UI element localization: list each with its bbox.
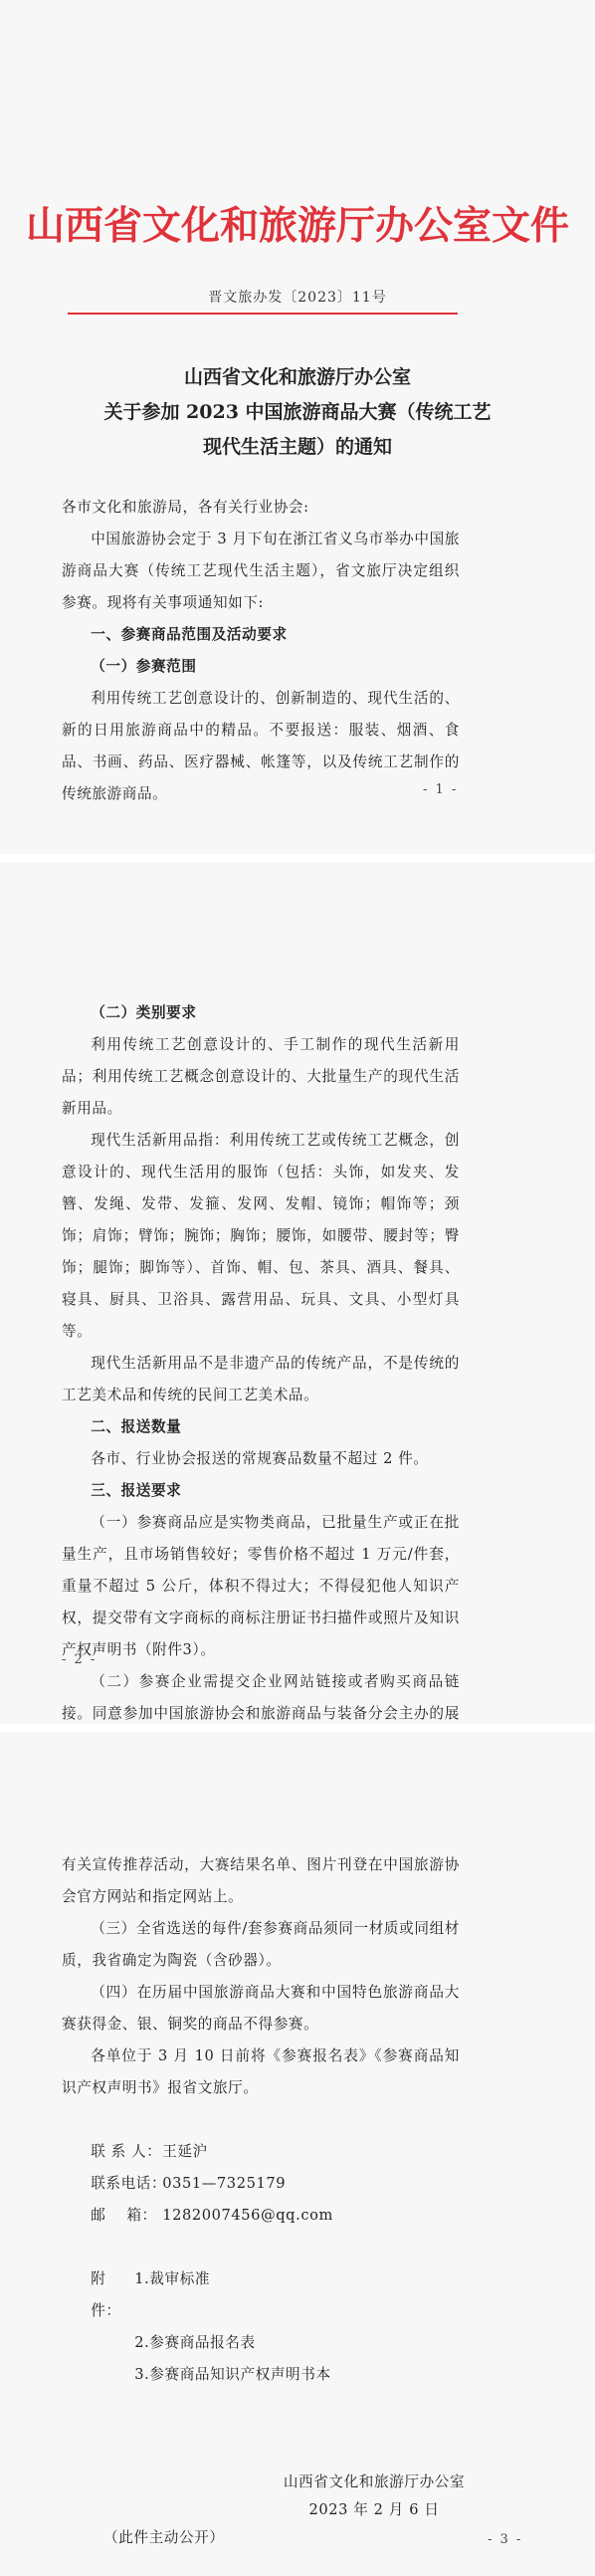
section-1-sub-2-text-1: 利用传统工艺创意设计的、手工制作的现代生活新用品；利用传统工艺概念创意设计的、大… bbox=[62, 1029, 460, 1125]
section-3-item-1: （一）参赛商品应是实物类商品，已批量生产或正在批量生产，且市场销售较好；零售价格… bbox=[62, 1507, 460, 1666]
intro-paragraph: 中国旅游协会定于 3 月下旬在浙江省义乌市举办中国旅游商品大赛（传统工艺现代生活… bbox=[62, 524, 460, 619]
red-header-title: 山西省文化和旅游厅办公室文件 bbox=[0, 195, 595, 251]
signature-date: 2023 年 2 月 6 日 bbox=[275, 2498, 474, 2519]
page-number-1: - 1 - bbox=[423, 782, 458, 797]
contact-person-label: 联 系 人： bbox=[91, 2136, 162, 2168]
section-1-sub-1-heading: （一）参赛范围 bbox=[62, 651, 460, 683]
document-number: 晋文旅办发〔2023〕11号 bbox=[0, 287, 595, 307]
page-gap bbox=[0, 854, 595, 862]
section-1-sub-2-heading: （二）类别要求 bbox=[62, 997, 460, 1029]
section-1-sub-1-text: 利用传统工艺创意设计的、创新制造的、现代生活的、新的日用旅游商品中的精品。不要报… bbox=[62, 683, 460, 810]
contact-phone-value: 0351—7325179 bbox=[162, 2168, 286, 2200]
page-3: 有关宣传推荐活动，大赛结果名单、图片刊登在中国旅游协会官方网站和指定网站上。 （… bbox=[0, 1732, 595, 2576]
signature-org: 山西省文化和旅游厅办公室 bbox=[275, 2470, 474, 2491]
section-3-heading: 三、报送要求 bbox=[62, 1475, 460, 1507]
contact-phone-label: 联系电话： bbox=[91, 2168, 162, 2200]
page-gap bbox=[0, 1724, 595, 1732]
page-number-2: - 2 - bbox=[62, 1652, 97, 1667]
section-3-item-3: （三）全省选送的每件/套参赛商品须同一材质或同组材质，我省确定为陶瓷（含砂器）。 bbox=[62, 1913, 460, 1977]
attachments-label: 附件： bbox=[91, 2263, 134, 2327]
notice-title-line-3: 现代生活主题）的通知 bbox=[0, 430, 595, 465]
deadline-paragraph: 各单位于 3 月 10 日前将《参赛报名表》《参赛商品知识产权声明书》报省文旅厅… bbox=[62, 2040, 460, 2104]
spacer bbox=[62, 2232, 460, 2263]
contact-email-row: 邮 箱： 1282007456@qq.com bbox=[62, 2200, 460, 2232]
attachment-item-2: 2.参赛商品报名表 bbox=[134, 2327, 255, 2359]
attachment-row-2: 2.参赛商品报名表 bbox=[62, 2327, 460, 2359]
contact-email-label: 邮 箱： bbox=[91, 2200, 162, 2232]
section-1-sub-2-text-2: 现代生活新用品指：利用传统工艺或传统工艺概念，创意设计的、现代生活用的服饰（包括… bbox=[62, 1125, 460, 1348]
page-2-body: （二）类别要求 利用传统工艺创意设计的、手工制作的现代生活新用品；利用传统工艺概… bbox=[62, 997, 460, 1724]
section-1-heading: 一、参赛商品范围及活动要求 bbox=[62, 619, 460, 651]
section-2-text: 各市、行业协会报送的常规赛品数量不超过 2 件。 bbox=[62, 1443, 460, 1475]
notice-title-line-2: 关于参加 2023 中国旅游商品大赛（传统工艺 bbox=[0, 395, 595, 430]
page-1-body: 各市文化和旅游局，各有关行业协会: 中国旅游协会定于 3 月下旬在浙江省义乌市举… bbox=[62, 492, 460, 810]
attachment-row-3: 3.参赛商品知识产权声明书本 bbox=[62, 2359, 460, 2391]
notice-title: 山西省文化和旅游厅办公室 关于参加 2023 中国旅游商品大赛（传统工艺 现代生… bbox=[0, 360, 595, 465]
section-3-item-2-part-2: 有关宣传推荐活动，大赛结果名单、图片刊登在中国旅游协会官方网站和指定网站上。 bbox=[62, 1849, 460, 1913]
attachment-row-1: 附件： 1.裁审标准 bbox=[62, 2263, 460, 2327]
section-3-item-4: （四）在历届中国旅游商品大赛和中国特色旅游商品大赛获得金、银、铜奖的商品不得参赛… bbox=[62, 1977, 460, 2040]
red-divider-line bbox=[68, 313, 458, 315]
contact-phone-row: 联系电话： 0351—7325179 bbox=[62, 2168, 460, 2200]
contact-person-value: 王延沪 bbox=[162, 2136, 208, 2168]
page-number-3: - 3 - bbox=[488, 2532, 522, 2547]
page-2: （二）类别要求 利用传统工艺创意设计的、手工制作的现代生活新用品；利用传统工艺概… bbox=[0, 862, 595, 1724]
page-1: 山西省文化和旅游厅办公室文件 晋文旅办发〔2023〕11号 山西省文化和旅游厅办… bbox=[0, 0, 595, 854]
spacer bbox=[62, 2104, 460, 2136]
contact-email-value[interactable]: 1282007456@qq.com bbox=[162, 2200, 333, 2232]
attachment-item-1: 1.裁审标准 bbox=[134, 2263, 210, 2327]
contact-person-row: 联 系 人： 王延沪 bbox=[62, 2136, 460, 2168]
notice-title-line-1: 山西省文化和旅游厅办公室 bbox=[0, 360, 595, 395]
attachment-item-3: 3.参赛商品知识产权声明书本 bbox=[134, 2359, 330, 2391]
section-2-heading: 二、报送数量 bbox=[62, 1411, 460, 1443]
section-3-item-2-part-1: （二）参赛企业需提交企业网站链接或者购买商品链接。同意参加中国旅游协会和旅游商品… bbox=[62, 1666, 460, 1724]
salutation: 各市文化和旅游局，各有关行业协会: bbox=[62, 492, 460, 524]
disclosure-note: （此件主动公开） bbox=[103, 2526, 225, 2547]
section-1-sub-2-text-3: 现代生活新用品不是非遗产品的传统产品，不是传统的工艺美术品和传统的民间工艺美术品… bbox=[62, 1348, 460, 1411]
page-3-body: 有关宣传推荐活动，大赛结果名单、图片刊登在中国旅游协会官方网站和指定网站上。 （… bbox=[62, 1849, 460, 2391]
